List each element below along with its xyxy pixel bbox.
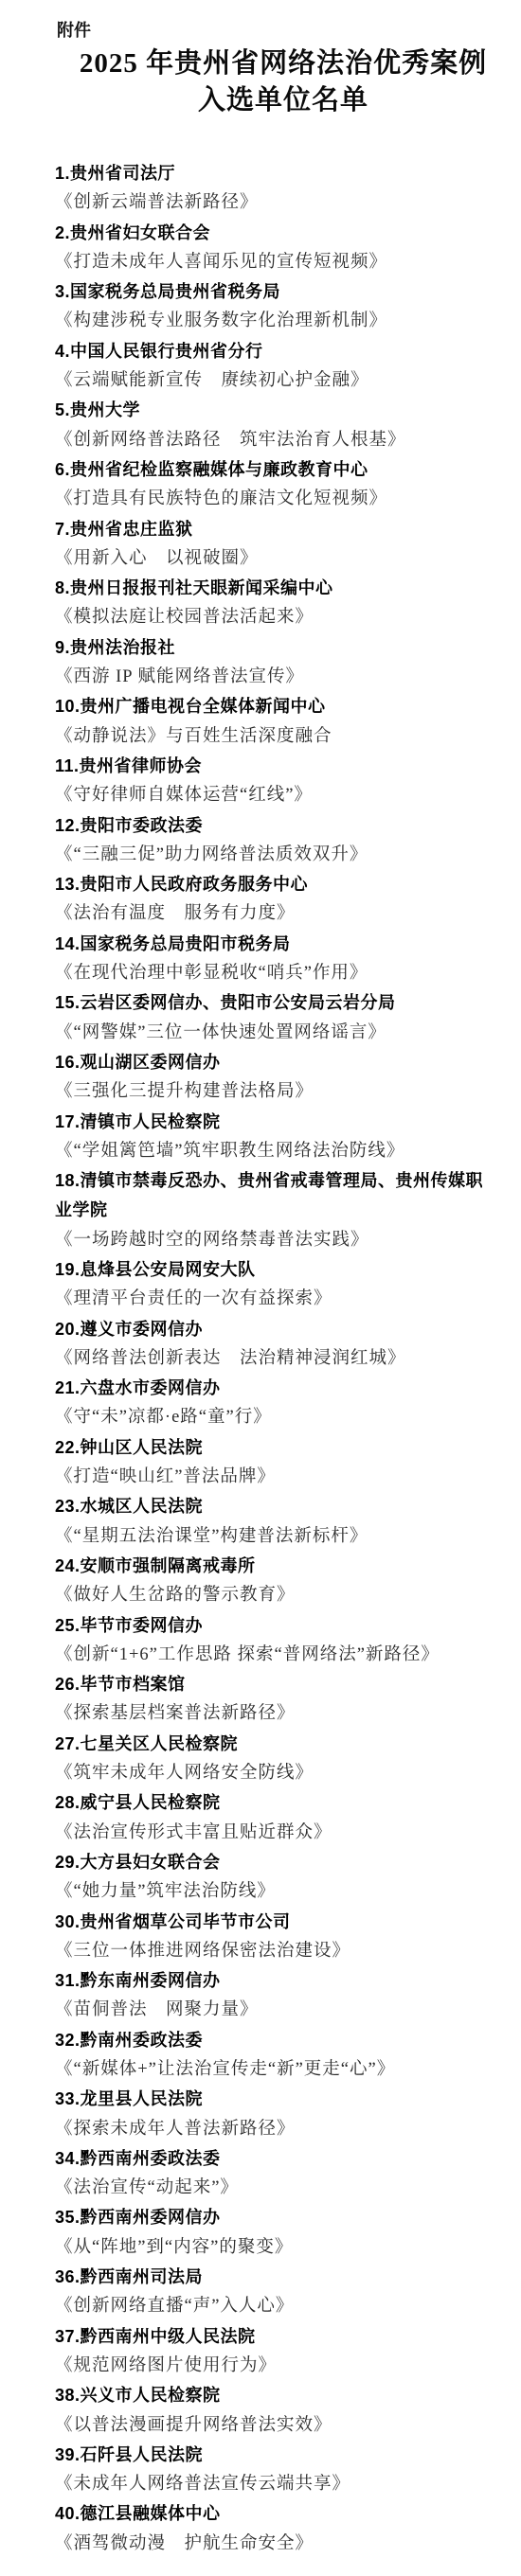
list-item: 4.中国人民银行贵州省分行《云端赋能新宣传 赓续初心护金融》 — [55, 337, 491, 397]
list-item: 24.安顺市强制隔离戒毒所《做好人生岔路的警示教育》 — [55, 1552, 491, 1611]
case-title: 《未成年人网络普法宣传云端共享》 — [55, 2470, 491, 2499]
case-title: 《筑牢未成年人网络安全防线》 — [55, 1759, 491, 1788]
case-title: 《网络普法创新表达 法治精神浸润红城》 — [55, 1344, 491, 1374]
unit-name: 33.龙里县人民法院 — [55, 2085, 491, 2114]
list-item: 38.兴义市人民检察院《以普法漫画提升网络普法实效》 — [55, 2381, 491, 2441]
list-item: 29.大方县妇女联合会《“她力量”筑牢法治防线》 — [55, 1848, 491, 1908]
case-title: 《“网警媒”三位一体快速处置网络谣言》 — [55, 1019, 491, 1048]
list-item: 9.贵州法治报社《西游 IP 赋能网络普法宣传》 — [55, 633, 491, 693]
case-title: 《以普法漫画提升网络普法实效》 — [55, 2411, 491, 2441]
unit-name: 14.国家税务总局贵阳市税务局 — [55, 930, 491, 959]
case-title: 《法治宣传“动起来”》 — [55, 2174, 491, 2203]
unit-name: 29.大方县妇女联合会 — [55, 1848, 491, 1877]
case-title: 《“新媒体+”让法治宣传走“新”更走“心”》 — [55, 2055, 491, 2085]
list-item: 34.黔西南州委政法委《法治宣传“动起来”》 — [55, 2144, 491, 2204]
title-line-2: 入选单位名单 — [76, 82, 491, 119]
attachment-label: 附件 — [57, 19, 491, 42]
case-title: 《打造未成年人喜闻乐见的宣传短视频》 — [55, 248, 491, 277]
case-title: 《规范网络图片使用行为》 — [55, 2352, 491, 2381]
unit-name: 26.毕节市档案馆 — [55, 1670, 491, 1699]
unit-name: 6.贵州省纪检监察融媒体与廉政教育中心 — [55, 455, 491, 485]
unit-name: 30.贵州省烟草公司毕节市公司 — [55, 1908, 491, 1937]
list-item: 28.威宁县人民检察院《法治宣传形式丰富且贴近群众》 — [55, 1788, 491, 1848]
unit-name: 15.云岩区委网信办、贵阳市公安局云岩分局 — [55, 988, 491, 1018]
list-item: 21.六盘水市委网信办《守“未”凉都·e路“童”行》 — [55, 1374, 491, 1433]
unit-name: 28.威宁县人民检察院 — [55, 1788, 491, 1818]
list-item: 1.贵州省司法厅《创新云端普法新路径》 — [55, 159, 491, 219]
unit-name: 16.观山湖区委网信办 — [55, 1048, 491, 1077]
unit-name: 9.贵州法治报社 — [55, 633, 491, 663]
list-item: 27.七星关区人民检察院《筑牢未成年人网络安全防线》 — [55, 1730, 491, 1789]
case-title: 《创新“1+6”工作思路 探索“普网络法”新路径》 — [55, 1641, 491, 1670]
list-item: 35.黔西南州委网信办《从“阵地”到“内容”的聚变》 — [55, 2203, 491, 2263]
unit-name: 12.贵阳市委政法委 — [55, 811, 491, 841]
case-title: 《“她力量”筑牢法治防线》 — [55, 1877, 491, 1907]
list-item: 40.德江县融媒体中心《酒驾微动漫 护航生命安全》 — [55, 2499, 491, 2559]
unit-name: 13.贵阳市人民政府政务服务中心 — [55, 870, 491, 899]
case-title: 《守好律师自媒体运营“红线”》 — [55, 781, 491, 810]
unit-name: 37.黔西南州中级人民法院 — [55, 2322, 491, 2352]
case-title: 《西游 IP 赋能网络普法宣传》 — [55, 663, 491, 692]
list-item: 2.贵州省妇女联合会《打造未成年人喜闻乐见的宣传短视频》 — [55, 219, 491, 278]
case-title: 《三强化三提升构建普法格局》 — [55, 1077, 491, 1107]
unit-name: 11.贵州省律师协会 — [55, 752, 491, 781]
unit-name: 36.黔西南州司法局 — [55, 2263, 491, 2292]
unit-name: 40.德江县融媒体中心 — [55, 2499, 491, 2529]
unit-name: 21.六盘水市委网信办 — [55, 1374, 491, 1403]
case-title: 《创新网络普法路径 筑牢法治育人根基》 — [55, 426, 491, 455]
list-item: 5.贵州大学《创新网络普法路径 筑牢法治育人根基》 — [55, 396, 491, 455]
case-title: 《三位一体推进网络保密法治建设》 — [55, 1937, 491, 1966]
case-title: 《探索基层档案普法新路径》 — [55, 1699, 491, 1729]
unit-name: 23.水城区人民法院 — [55, 1492, 491, 1521]
unit-name: 18.清镇市禁毒反恐办、贵州省戒毒管理局、贵州传媒职业学院 — [55, 1166, 491, 1226]
list-item: 13.贵阳市人民政府政务服务中心《法治有温度 服务有力度》 — [55, 870, 491, 930]
unit-name: 25.毕节市委网信办 — [55, 1611, 491, 1641]
list-item: 30.贵州省烟草公司毕节市公司《三位一体推进网络保密法治建设》 — [55, 1908, 491, 1967]
unit-name: 35.黔西南州委网信办 — [55, 2203, 491, 2232]
case-title: 《理清平台责任的一次有益探索》 — [55, 1285, 491, 1314]
case-title: 《创新网络直播“声”入人心》 — [55, 2292, 491, 2321]
unit-name: 38.兴义市人民检察院 — [55, 2381, 491, 2410]
case-title: 《模拟法庭让校园普法活起来》 — [55, 603, 491, 632]
list-item: 22.钟山区人民法院《打造“映山红”普法品牌》 — [55, 1433, 491, 1493]
case-title: 《动静说法》与百姓生活深度融合 — [55, 722, 491, 752]
list-item: 26.毕节市档案馆《探索基层档案普法新路径》 — [55, 1670, 491, 1730]
case-title: 《法治有温度 服务有力度》 — [55, 899, 491, 929]
list-item: 6.贵州省纪检监察融媒体与廉政教育中心《打造具有民族特色的廉洁文化短视频》 — [55, 455, 491, 515]
case-title: 《一场跨越时空的网络禁毒普法实践》 — [55, 1226, 491, 1255]
case-title: 《做好人生岔路的警示教育》 — [55, 1581, 491, 1610]
unit-name: 27.七星关区人民检察院 — [55, 1730, 491, 1759]
unit-name: 17.清镇市人民检察院 — [55, 1108, 491, 1137]
case-title: 《酒驾微动漫 护航生命安全》 — [55, 2530, 491, 2559]
unit-name: 2.贵州省妇女联合会 — [55, 219, 491, 248]
title-line-1: 2025 年贵州省网络法治优秀案例 — [76, 45, 491, 82]
case-list: 1.贵州省司法厅《创新云端普法新路径》2.贵州省妇女联合会《打造未成年人喜闻乐见… — [55, 159, 491, 2559]
list-item: 16.观山湖区委网信办《三强化三提升构建普法格局》 — [55, 1048, 491, 1108]
list-item: 7.贵州省忠庄监狱《用新入心 以视破圈》 — [55, 515, 491, 575]
unit-name: 19.息烽县公安局网安大队 — [55, 1255, 491, 1285]
case-title: 《构建涉税专业服务数字化治理新机制》 — [55, 307, 491, 336]
unit-name: 1.贵州省司法厅 — [55, 159, 491, 188]
list-item: 10.贵州广播电视台全媒体新闻中心《动静说法》与百姓生活深度融合 — [55, 692, 491, 752]
case-title: 《“学姐篱笆墙”筑牢职教生网络法治防线》 — [55, 1137, 491, 1166]
case-title: 《打造具有民族特色的廉洁文化短视频》 — [55, 485, 491, 514]
list-item: 18.清镇市禁毒反恐办、贵州省戒毒管理局、贵州传媒职业学院《一场跨越时空的网络禁… — [55, 1166, 491, 1255]
case-title: 《创新云端普法新路径》 — [55, 188, 491, 218]
unit-name: 32.黔南州委政法委 — [55, 2026, 491, 2055]
unit-name: 8.贵州日报报刊社天眼新闻采编中心 — [55, 574, 491, 603]
case-title: 《在现代治理中彰显税收“哨兵”作用》 — [55, 959, 491, 988]
unit-name: 20.遵义市委网信办 — [55, 1315, 491, 1344]
list-item: 25.毕节市委网信办《创新“1+6”工作思路 探索“普网络法”新路径》 — [55, 1611, 491, 1671]
unit-name: 3.国家税务总局贵州省税务局 — [55, 277, 491, 307]
list-item: 36.黔西南州司法局《创新网络直播“声”入人心》 — [55, 2263, 491, 2322]
case-title: 《“星期五法治课堂”构建普法新标杆》 — [55, 1522, 491, 1552]
case-title: 《苗侗普法 网聚力量》 — [55, 1996, 491, 2025]
list-item: 39.石阡县人民法院《未成年人网络普法宣传云端共享》 — [55, 2441, 491, 2500]
list-item: 32.黔南州委政法委《“新媒体+”让法治宣传走“新”更走“心”》 — [55, 2026, 491, 2086]
document-page: 附件 2025 年贵州省网络法治优秀案例 入选单位名单 1.贵州省司法厅《创新云… — [55, 19, 491, 2559]
case-title: 《“三融三促”助力网络普法质效双升》 — [55, 841, 491, 870]
unit-name: 5.贵州大学 — [55, 396, 491, 425]
unit-name: 4.中国人民银行贵州省分行 — [55, 337, 491, 366]
case-title: 《探索未成年人普法新路径》 — [55, 2115, 491, 2144]
unit-name: 22.钟山区人民法院 — [55, 1433, 491, 1463]
list-item: 31.黔东南州委网信办《苗侗普法 网聚力量》 — [55, 1966, 491, 2026]
case-title: 《云端赋能新宣传 赓续初心护金融》 — [55, 366, 491, 396]
list-item: 20.遵义市委网信办《网络普法创新表达 法治精神浸润红城》 — [55, 1315, 491, 1375]
list-item: 12.贵阳市委政法委《“三融三促”助力网络普法质效双升》 — [55, 811, 491, 871]
case-title: 《守“未”凉都·e路“童”行》 — [55, 1403, 491, 1432]
unit-name: 31.黔东南州委网信办 — [55, 1966, 491, 1996]
list-item: 11.贵州省律师协会《守好律师自媒体运营“红线”》 — [55, 752, 491, 811]
case-title: 《用新入心 以视破圈》 — [55, 544, 491, 574]
unit-name: 24.安顺市强制隔离戒毒所 — [55, 1552, 491, 1581]
case-title: 《从“阵地”到“内容”的聚变》 — [55, 2233, 491, 2263]
list-item: 3.国家税务总局贵州省税务局《构建涉税专业服务数字化治理新机制》 — [55, 277, 491, 337]
list-item: 37.黔西南州中级人民法院《规范网络图片使用行为》 — [55, 2322, 491, 2382]
list-item: 19.息烽县公安局网安大队《理清平台责任的一次有益探索》 — [55, 1255, 491, 1315]
unit-name: 7.贵州省忠庄监狱 — [55, 515, 491, 544]
list-item: 17.清镇市人民检察院《“学姐篱笆墙”筑牢职教生网络法治防线》 — [55, 1108, 491, 1167]
list-item: 33.龙里县人民法院《探索未成年人普法新路径》 — [55, 2085, 491, 2144]
document-title: 2025 年贵州省网络法治优秀案例 入选单位名单 — [55, 45, 491, 119]
unit-name: 34.黔西南州委政法委 — [55, 2144, 491, 2174]
case-title: 《法治宣传形式丰富且贴近群众》 — [55, 1819, 491, 1848]
list-item: 8.贵州日报报刊社天眼新闻采编中心《模拟法庭让校园普法活起来》 — [55, 574, 491, 633]
unit-name: 10.贵州广播电视台全媒体新闻中心 — [55, 692, 491, 721]
list-item: 15.云岩区委网信办、贵阳市公安局云岩分局《“网警媒”三位一体快速处置网络谣言》 — [55, 988, 491, 1048]
list-item: 23.水城区人民法院《“星期五法治课堂”构建普法新标杆》 — [55, 1492, 491, 1552]
case-title: 《打造“映山红”普法品牌》 — [55, 1463, 491, 1492]
unit-name: 39.石阡县人民法院 — [55, 2441, 491, 2470]
list-item: 14.国家税务总局贵阳市税务局《在现代治理中彰显税收“哨兵”作用》 — [55, 930, 491, 989]
